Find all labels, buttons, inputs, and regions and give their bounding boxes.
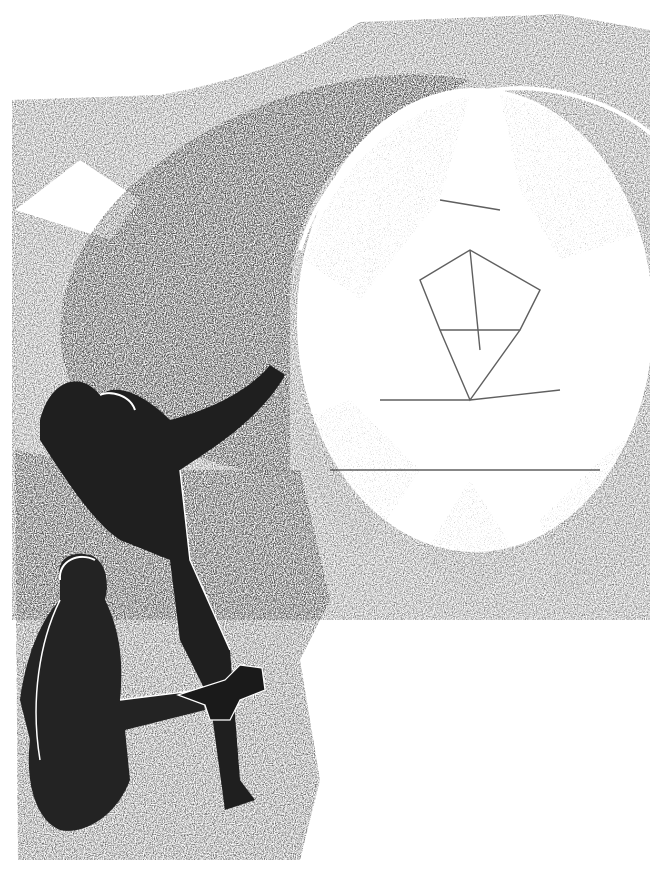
radiant-light-dome xyxy=(297,88,656,600)
illustration xyxy=(0,0,656,873)
